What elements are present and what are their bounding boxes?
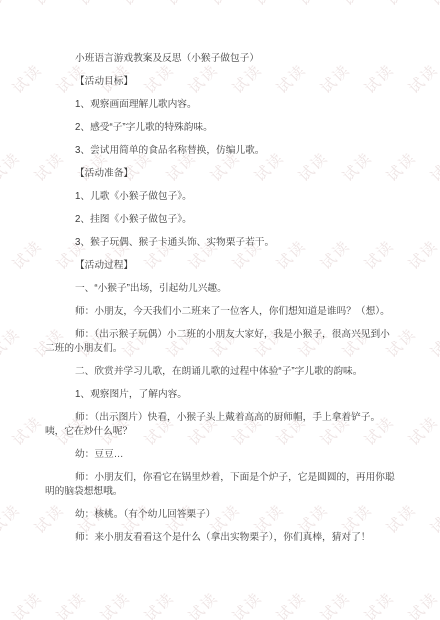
watermark-text: 试读	[404, 235, 440, 274]
watermark-text: 试读	[0, 147, 24, 186]
watermark-text: 试读	[404, 59, 440, 98]
process-step-1: 一、“小猴子”出场，引起幼儿兴趣。	[45, 282, 397, 296]
teacher-line-4: 师：小朋友们，你看它在锅里炒着，下面是个炉子，它是圆圆的，再用你聪明的脑袋想想哦…	[45, 471, 397, 499]
child-line-1: 幼：豆豆…	[45, 448, 397, 462]
watermark-text: 试读	[294, 0, 333, 10]
watermark-text: 试读	[316, 587, 355, 620]
doc-title: 小班语言游戏教案及反思（小猴子做包子）	[45, 52, 397, 66]
watermark-text: 试读	[8, 587, 47, 620]
watermark-text: 试读	[162, 0, 201, 10]
watermark-text: 试读	[74, 0, 113, 10]
process-step-2: 二、欣赏并学习儿歌，在朗诵儿歌的过程中体验“子”字儿歌的韵味。	[45, 365, 397, 379]
watermark-text: 试读	[0, 499, 24, 538]
watermark-text: 试读	[184, 587, 223, 620]
watermark-text: 试读	[0, 0, 24, 10]
watermark-text: 试读	[96, 587, 135, 620]
teacher-line-2: 师：（出示猴子玩偶）小二班的小朋友大家好，我是小猴子，很高兴见到小二班的小朋友们…	[45, 328, 397, 356]
watermark-text: 试读	[426, 499, 440, 538]
watermark-text: 试读	[382, 0, 421, 10]
teacher-line-5: 师：来小朋友看看这个是什么（拿出实物栗子），你们真棒，猜对了！	[45, 531, 397, 545]
watermark-text: 试读	[404, 411, 440, 450]
watermark-text: 试读	[52, 587, 91, 620]
sub-step-1: 1、观察图片，了解内容。	[45, 388, 397, 402]
watermark-text: 试读	[0, 323, 24, 362]
watermark-text: 试读	[360, 587, 399, 620]
goal-item-3: 3、尝试用简单的食品名称替换，仿编儿歌。	[45, 144, 397, 158]
document-content: 小班语言游戏教案及反思（小猴子做包子）【活动目标】1、观察画面理解儿歌内容。2、…	[45, 52, 397, 554]
prep-item-1: 1、儿歌《小猴子做包子》。	[45, 190, 397, 204]
watermark-text: 试读	[206, 0, 245, 10]
watermark-text: 试读	[426, 323, 440, 362]
child-line-2: 幼：核桃。（有个幼儿回答栗子）	[45, 508, 397, 522]
watermark-text: 试读	[8, 411, 47, 450]
watermark-text: 试读	[30, 0, 69, 10]
goal-item-1: 1、观察画面理解儿歌内容。	[45, 98, 397, 112]
watermark-text: 试读	[426, 147, 440, 186]
prep-item-3: 3、猴子玩偶、猴子卡通头饰、实物栗子若干。	[45, 236, 397, 250]
header-activity-goals: 【活动目标】	[45, 75, 397, 89]
watermark-text: 试读	[404, 587, 440, 620]
watermark-text: 试读	[140, 587, 179, 620]
teacher-line-3: 师：（出示图片）快看，小猴子头上戴着高高的厨师帽，手上拿着铲子。咦，它在炒什么呢…	[45, 411, 397, 439]
document-page: 试读试读试读试读试读试读试读试读试读试读试读试读试读试读试读试读试读试读试读试读…	[0, 0, 440, 620]
watermark-text: 试读	[338, 0, 377, 10]
header-activity-preparation: 【活动准备】	[45, 167, 397, 181]
watermark-text: 试读	[272, 587, 311, 620]
watermark-text: 试读	[8, 59, 47, 98]
teacher-line-1: 师：小朋友，今天我们小二班来了一位客人，你们想知道是谁吗？（想）。	[45, 305, 397, 319]
watermark-text: 试读	[118, 0, 157, 10]
header-activity-process: 【活动过程】	[45, 259, 397, 273]
watermark-text: 试读	[228, 587, 267, 620]
watermark-text: 试读	[250, 0, 289, 10]
goal-item-2: 2、感受“子”字儿歌的特殊韵味。	[45, 121, 397, 135]
watermark-text: 试读	[426, 0, 440, 10]
prep-item-2: 2、挂图《小猴子做包子》。	[45, 213, 397, 227]
watermark-text: 试读	[8, 235, 47, 274]
